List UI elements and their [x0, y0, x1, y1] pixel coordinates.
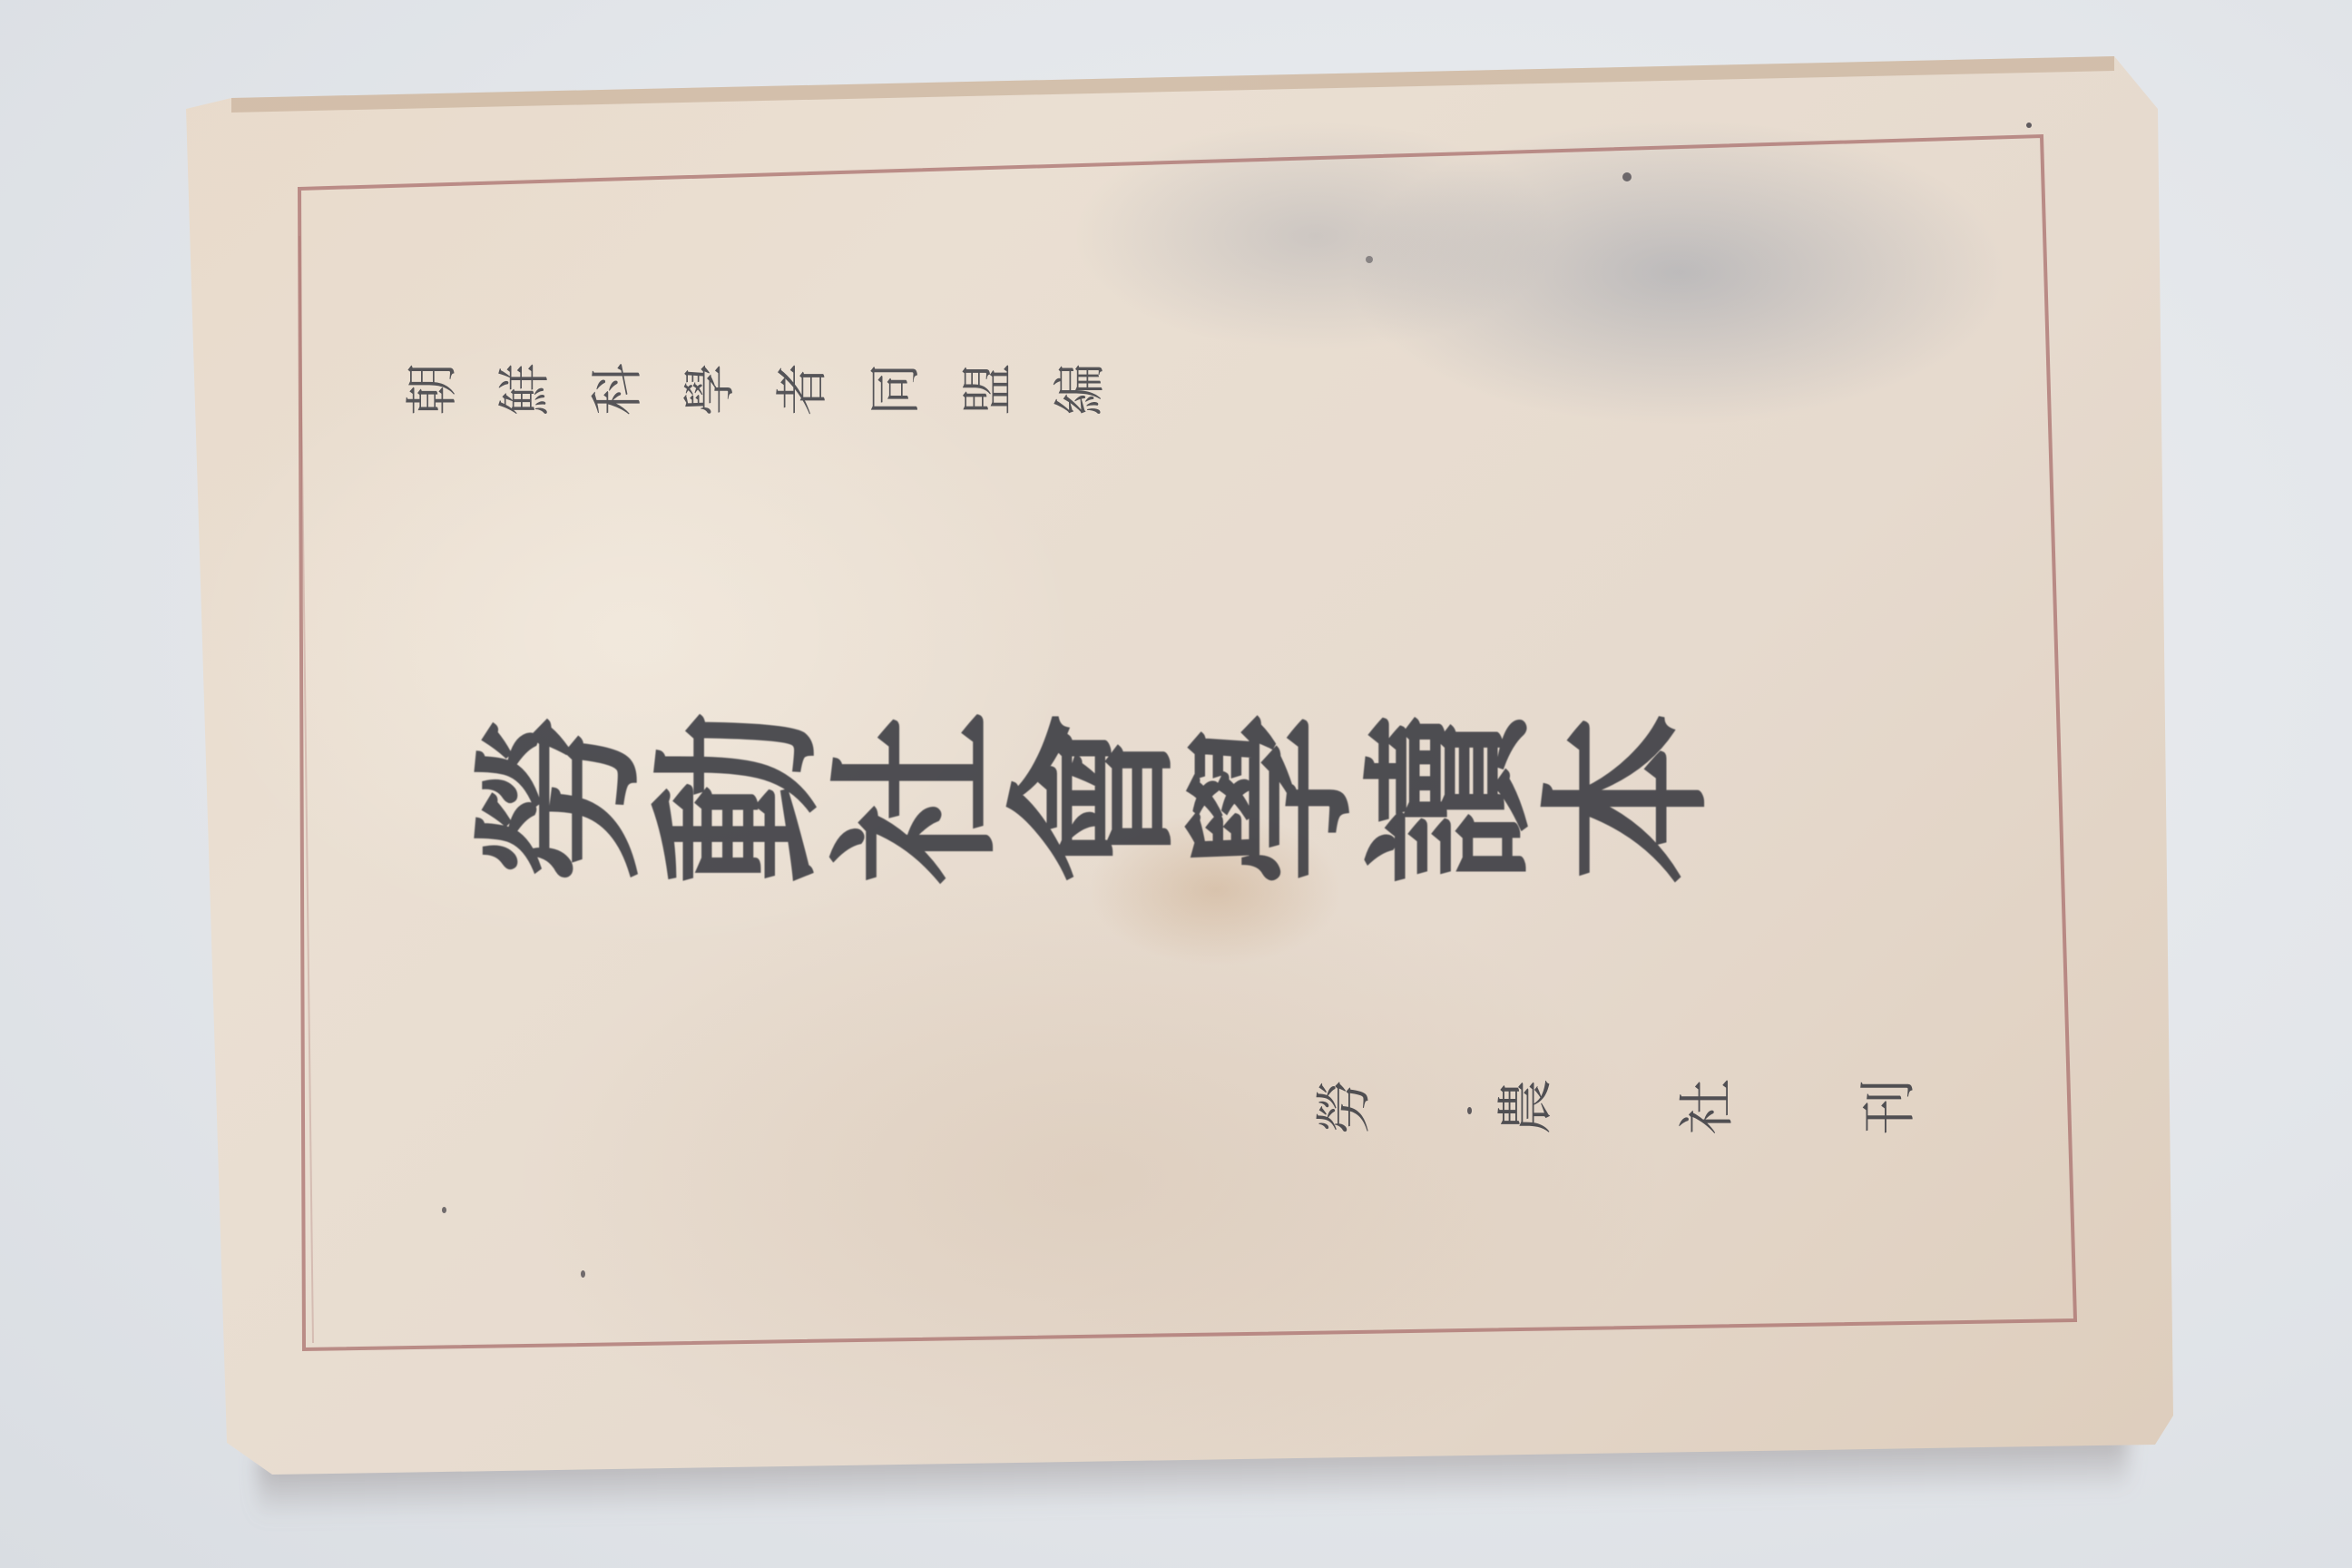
subtitle-char: 鮮 — [482, 323, 558, 416]
publisher-char: 社 — [1662, 1078, 1743, 1134]
subtitle-char: 朝 — [389, 323, 465, 416]
cover-title: 勞動社會學讀本 — [458, 671, 1703, 919]
title-char: 本 — [1491, 706, 1739, 884]
publisher-char: 農 — [1481, 1078, 1562, 1134]
publisher-char: 刊 — [1844, 1078, 1925, 1134]
subtitle-char: 科 — [574, 323, 651, 416]
cover-publisher: 勞農社刊 — [1311, 1066, 2037, 1147]
subtitle-char: 編 — [1037, 323, 1113, 416]
subtitle-char: 盟 — [945, 323, 1021, 416]
subtitle-char: 者 — [759, 323, 836, 416]
publisher-char: 勞 — [1299, 1078, 1380, 1134]
cover-subtitle-editor: 朝鮮科學者同盟編 — [381, 331, 1122, 407]
subtitle-char: 同 — [852, 323, 928, 416]
subtitle-char: 學 — [667, 323, 743, 416]
